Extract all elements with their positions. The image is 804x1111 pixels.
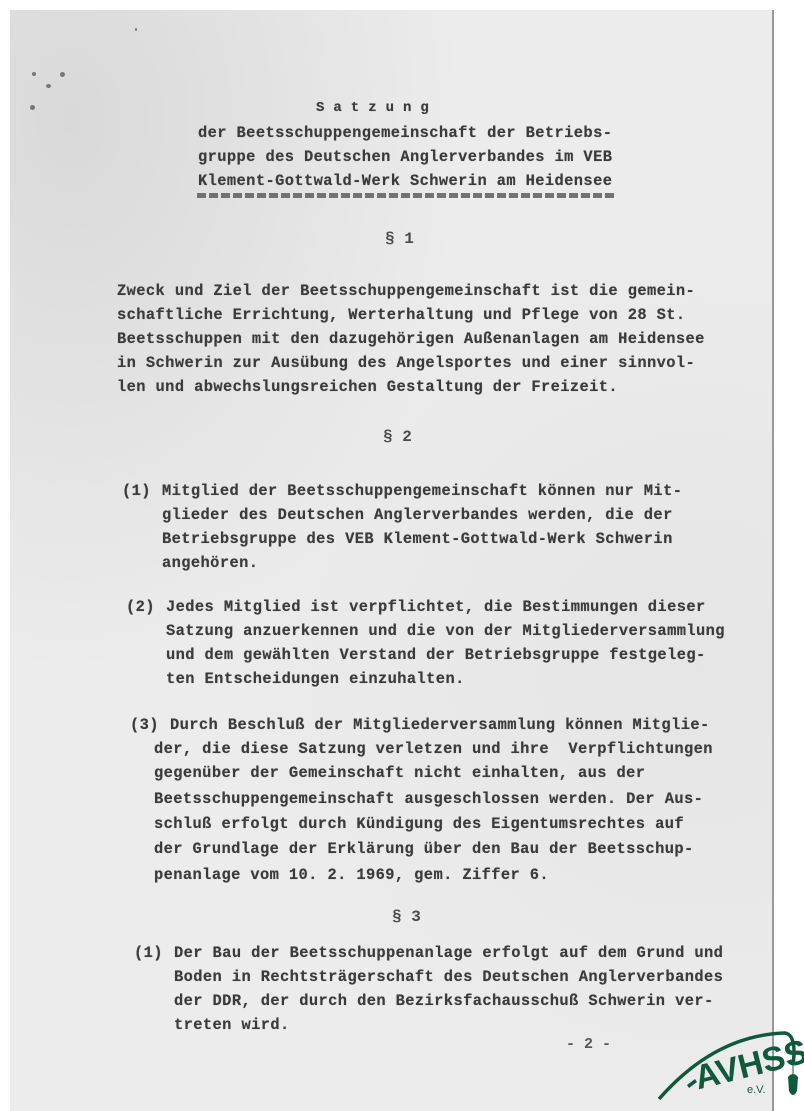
paragraph-line: Boden in Rechtsträgerschaft des Deutsche… — [174, 968, 723, 986]
paragraph-line: der Grundlage der Erklärung über den Bau… — [154, 840, 694, 858]
paragraph-line: Zweck und Ziel der Beetsschuppengemeinsc… — [117, 282, 695, 300]
paragraph-line: glieder des Deutschen Anglerverbandes we… — [162, 506, 673, 524]
paragraph-line: Beetsschuppen mit den dazugehörigen Auße… — [117, 330, 705, 348]
paragraph-line: Der Bau der Beetsschuppenanlage erfolgt … — [174, 944, 723, 962]
paragraph-line: gegenüber der Gemeinschaft nicht einhalt… — [154, 764, 645, 782]
fish-icon — [788, 1074, 798, 1095]
paragraph-number: (2) — [126, 598, 155, 616]
paragraph-line: und dem gewählten Verstand der Betriebsg… — [166, 646, 706, 664]
paragraph-line: der, die diese Satzung verletzen und ihr… — [154, 740, 713, 758]
paragraph-line: Jedes Mitglied ist verpflichtet, die Bes… — [166, 598, 706, 616]
paragraph-line: Satzung anzuerkennen und die von der Mit… — [166, 622, 725, 640]
subtitle-line: der Beetsschuppengemeinschaft der Betrie… — [198, 124, 612, 142]
paragraph-line: Beetsschuppengemeinschaft ausgeschlossen… — [154, 790, 703, 808]
paragraph-number: (3) — [130, 716, 159, 734]
subtitle-line: gruppe des Deutschen Anglerverbandes im … — [198, 148, 612, 166]
paragraph-line: Durch Beschluß der Mitgliederversammlung… — [170, 716, 710, 734]
paragraph-line: treten wird. — [174, 1016, 290, 1034]
document-title: Satzung — [316, 100, 438, 116]
paragraph-line: der DDR, der durch den Bezirksfachaussch… — [174, 992, 714, 1010]
paragraph-line: penanlage vom 10. 2. 1969, gem. Ziffer 6… — [154, 866, 549, 884]
paragraph-line: Mitglied der Beetsschuppengemeinschaft k… — [162, 482, 682, 500]
subtitle-line: Klement-Gottwald-Werk Schwerin am Heiden… — [198, 172, 612, 190]
section-heading: § 1 — [385, 230, 414, 248]
avhss-logo: AVHSS e.V. — [655, 1025, 804, 1105]
page-number: - 2 - — [566, 1036, 611, 1053]
paragraph-line: ten Entscheidungen einzuhalten. — [166, 670, 465, 688]
paragraph-number: (1) — [134, 944, 163, 962]
paragraph-line: schaftliche Errichtung, Werterhaltung un… — [117, 306, 686, 324]
paragraph-line: len und abwechslungsreichen Gestaltung d… — [117, 378, 618, 396]
paragraph-line: in Schwerin zur Ausübung des Angelsporte… — [117, 354, 695, 372]
paragraph-line: Betriebsgruppe des VEB Klement-Gottwald-… — [162, 530, 673, 548]
section-heading: § 2 — [383, 428, 412, 446]
section-heading: § 3 — [392, 908, 421, 926]
paragraph-number: (1) — [122, 482, 151, 500]
title-underline — [197, 193, 617, 198]
paragraph-line: angehören. — [162, 554, 258, 572]
logo-suffix: e.V. — [747, 1084, 766, 1096]
paragraph-line: schluß erfolgt durch Kündigung des Eigen… — [154, 815, 684, 833]
